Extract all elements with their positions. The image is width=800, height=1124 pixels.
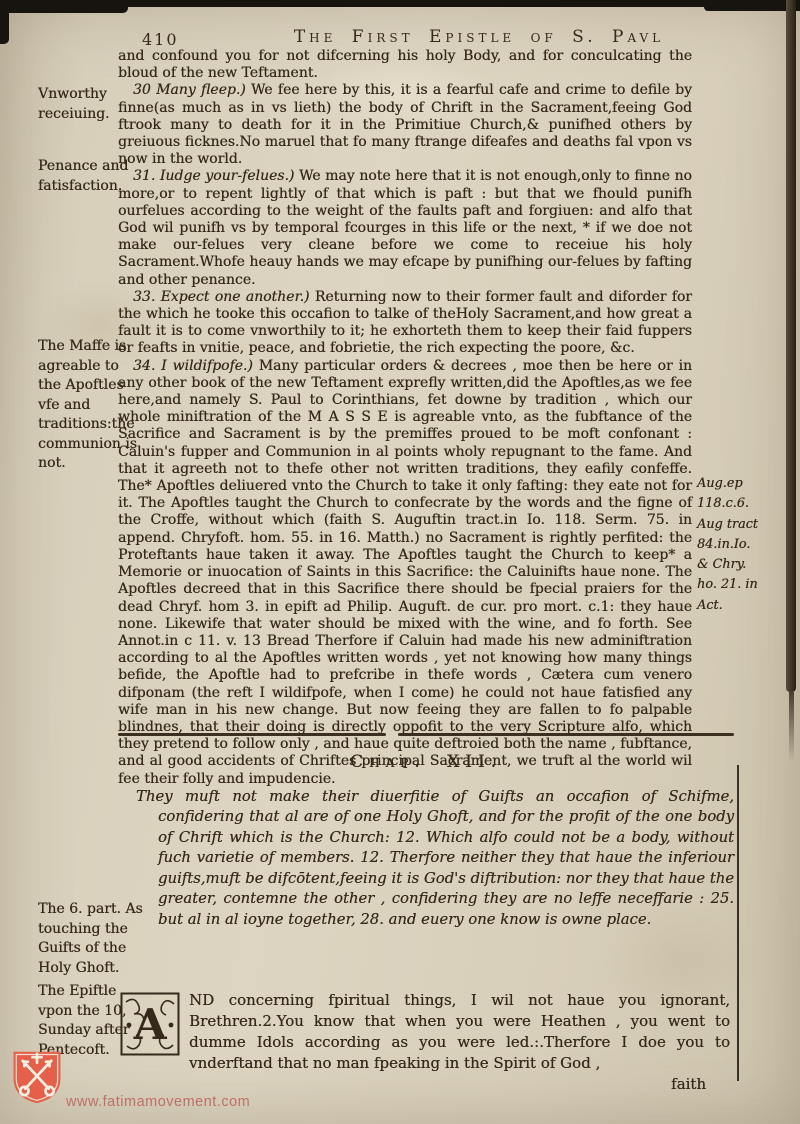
annotation-lead: 30 Many fleep.) [133, 82, 246, 98]
annotation-lead: 31. Iudge your-felues.) [133, 168, 294, 184]
annotations-text-block: and confound you for not difcerning his … [118, 48, 692, 788]
citation-line: Act. [697, 596, 793, 616]
citation-line: Aug.ep [697, 474, 793, 494]
citation-line: Aug tract [697, 515, 793, 535]
annotation-paragraph-31: 31. Iudge your-felues.) We may note here… [118, 168, 692, 288]
annotation-lead: 34. I wildifpofe.) [133, 358, 253, 374]
margin-citations: Aug.ep 118.c.6. Aug tract 84.in.Io. & Ch… [697, 474, 793, 616]
scan-edge-right-tail [789, 692, 794, 762]
annotation-paragraph-30: 30 Many fleep.) We fee here by this, it … [118, 82, 692, 168]
citation-line: ho. 21. in [697, 575, 793, 595]
watermark-url: www.fatimamovement.com [66, 1094, 250, 1110]
initial-letter: A [133, 1000, 168, 1049]
opening-text: ND concerning fpiritual things, I wil no… [189, 991, 730, 1072]
fatima-movement-shield-icon [10, 1049, 64, 1105]
chapter-summary: They muft not make their diuerfitie of G… [118, 787, 734, 931]
chapter-opening-text: A ND concerning fpiritual things, I wil … [118, 990, 730, 1095]
annotation-paragraph-33: 33. Expect one another.) Returning now t… [118, 289, 692, 358]
chapter-12-section: Chap. XII. They muft not make their diue… [118, 733, 734, 1095]
annotation-paragraph-34: 34. I wildifpofe.) Many particular order… [118, 358, 692, 788]
ornamental-initial: A [120, 992, 180, 1056]
annotation-body: Many particular orders & decrees , moe t… [118, 358, 692, 787]
citation-line: 118.c.6. [697, 494, 793, 514]
citation-line: & Chry. [697, 555, 793, 575]
scanned-book-page: 410 The First Epistle of S. Pavl and con… [0, 0, 800, 1124]
annotation-body: We may note here that it is not enough,o… [118, 168, 692, 287]
column-rule [737, 765, 739, 1081]
citation-line: 84.in.Io. [697, 535, 793, 555]
chapter-heading: Chap. XII. [118, 752, 734, 772]
scan-edge-left [0, 0, 9, 44]
margin-note-masse: The Maffe is agreable to the Apoftles vf… [38, 337, 137, 474]
section-divider [118, 733, 734, 736]
annotation-lead: 33. Expect one another.) [133, 289, 310, 305]
margin-note-penance: Penance and fatisfaction. [38, 157, 142, 196]
catchword: faith [118, 1074, 730, 1095]
running-title: The First Epistle of S. Pavl [248, 27, 710, 47]
margin-note-unworthy-receiving: Vnworthy receiuing. [38, 85, 142, 124]
page-number: 410 [142, 30, 179, 49]
scan-edge-top-left [0, 0, 128, 13]
continuation-paragraph: and confound you for not difcerning his … [118, 48, 692, 82]
